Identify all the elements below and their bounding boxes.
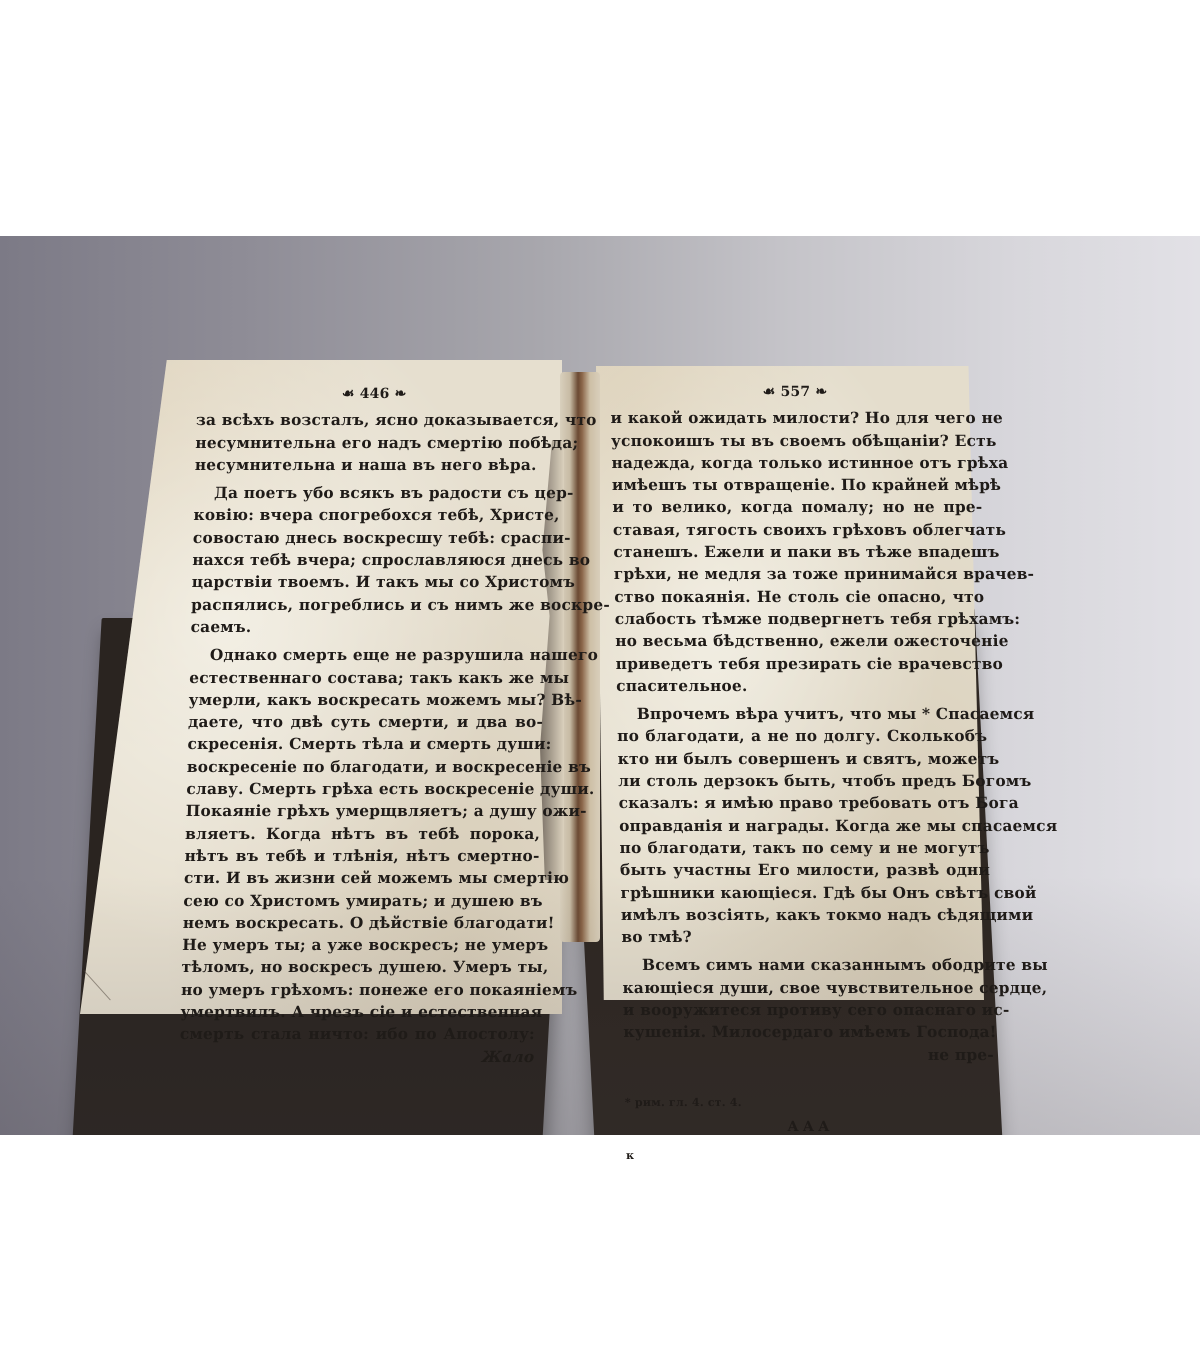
text-line: надежда, когда только истинное отъ грѣха — [611, 452, 981, 474]
text-line: сею со Христомъ умирать; и душею въ — [183, 890, 539, 912]
text-line: Да поетъ убо всякъ въ радости съ цер- — [194, 482, 550, 504]
text-line: сти. И въ жизни сей можемъ мы смертію — [184, 867, 540, 889]
text-line: нѣтъ въ тебѣ и тлѣнія, нѣтъ смертно- — [184, 845, 540, 867]
text-line: смерть стала ничто: ибо по Апостолу: — [180, 1023, 536, 1045]
text-line: умерли, какъ воскресать можемъ мы? Вѣ- — [188, 689, 544, 711]
text-line: ство покаянія. Не столь сіе опасно, что — [614, 586, 984, 608]
text-line: слабость тѣмже подвергнетъ тебя грѣхамъ: — [615, 608, 985, 630]
text-line: Всемъ симъ нами сказаннымъ ободрите вы — [622, 954, 992, 976]
text-line: воскресеніе по благодати, и воскресеніе … — [187, 756, 543, 778]
text-line: нахся тебѣ вчера; спрославляюся днесь во — [192, 549, 548, 571]
text-line: за всѣхъ возсталъ, ясно доказывается, чт… — [196, 409, 552, 431]
text-line: распялись, погреблись и съ нимъ же воскр… — [191, 594, 547, 616]
text-line: вляетъ. Когда нѣтъ въ тебѣ порока, — [185, 823, 541, 845]
text-line: совостаю днесь воскресшу тебѣ: сраспи- — [193, 527, 549, 549]
text-line: сказалъ: я имѣю право требовать отъ Бога — [618, 792, 988, 814]
text-line: тѣломъ, но воскресъ душею. Умеръ ты, — [181, 956, 537, 978]
footnote: * рим. гл. 4. ст. 4. — [625, 1092, 995, 1114]
text-line: немъ воскресать. О дѣйствіе благодати! — [183, 912, 539, 934]
text-line: по благодати, такъ по сему и не могутъ — [619, 837, 989, 859]
catchword: Жало — [179, 1046, 535, 1068]
text-line: успокоишъ ты въ своемъ обѣщаніи? Есть — [611, 430, 981, 452]
text-line: грѣхи, не медля за тоже принимайся враче… — [614, 563, 984, 585]
text-line: Однако смерть еще не разрушила нашего — [190, 644, 546, 666]
text-line: царствіи твоемъ. И такъ мы со Христомъ — [191, 571, 547, 593]
text-line: спасительное. — [616, 675, 986, 697]
text-line: приведетъ тебя презирать сіе врачевство — [615, 653, 985, 675]
text-line: и какой ожидать милости? Но для чего не — [610, 407, 980, 429]
text-line: оправданія и награды. Когда же мы спасае… — [619, 815, 989, 837]
text-line: ставая, тягость своихъ грѣховъ облегчать — [613, 519, 983, 541]
right-page-number: ☙ 557 ❧ — [610, 381, 980, 403]
signature-mark: ААА — [625, 1116, 995, 1138]
text-line: славу. Смерть грѣха есть воскресеніе душ… — [186, 778, 542, 800]
text-line: имѣешъ ты отвращеніе. По крайней мѣрѣ — [612, 474, 982, 496]
text-line: несумнительна его надъ смертію побѣда; — [195, 432, 551, 454]
text-line: кающіеся души, свое чувствительное сердц… — [622, 977, 992, 999]
text-line: саемъ. — [190, 616, 546, 638]
text-line: кушенія. Милосердаго имѣемъ Господа! — [623, 1021, 993, 1043]
text-line: и то велико, когда помалу; но не пре- — [612, 496, 982, 518]
text-line: даете, что двѣ суть смерти, и два во- — [188, 711, 544, 733]
text-line: Покаяніе грѣхъ умерщвляетъ; а душу ожи- — [185, 800, 541, 822]
text-line: несумнительна и наша въ него вѣра. — [195, 454, 551, 476]
text-line: ковію: вчера спогребохся тебѣ, Христе, — [193, 504, 549, 526]
text-line: по благодати, а не по долгу. Сколькобъ — [617, 725, 987, 747]
text-line: во тмѣ? — [621, 926, 991, 948]
text-line: но умеръ грѣхомъ: понеже его покаяніемъ — [181, 979, 537, 1001]
catchword: не пре- — [624, 1044, 994, 1066]
gathering-mark: к — [626, 1145, 996, 1167]
text-line: станешъ. Ежели и паки въ тѣже впадешъ — [613, 541, 983, 563]
text-line: Впрочемъ вѣра учитъ, что мы * Спасаемся — [617, 703, 987, 725]
text-line: естественнаго состава; такъ какъ же мы — [189, 667, 545, 689]
text-line: Не умеръ ты; а уже воскресъ; не умеръ — [182, 934, 538, 956]
text-line: и вооружитеся противу сего опаснаго ис- — [623, 999, 993, 1021]
text-line: быть участны Его милости, развѣ одни — [620, 859, 990, 881]
text-line: кто ни былъ совершенъ и святъ, можетъ — [617, 748, 987, 770]
left-page-number: ☙ 446 ❧ — [196, 383, 552, 405]
text-line: но весьма бѣдственно, ежели ожесточеніе — [615, 630, 985, 652]
text-line: умертвилъ. А чрезъ сіе и естественная — [180, 1001, 536, 1023]
left-page-text: ☙ 446 ❧ за всѣхъ возсталъ, ясно доказыва… — [179, 383, 552, 1068]
text-line: имѣлъ возсіять, какъ токмо надъ сѣдящими — [621, 904, 991, 926]
right-page-text: ☙ 557 ❧ и какой ожидать милости? Но для … — [610, 381, 996, 1167]
text-line: грѣшники кающіеся. Гдѣ бы Онъ свѣтъ свой — [620, 882, 990, 904]
text-line: скресенія. Смерть тѣла и смерть души: — [187, 733, 543, 755]
text-line: ли столь дерзокъ быть, чтобъ предъ Богом… — [618, 770, 988, 792]
